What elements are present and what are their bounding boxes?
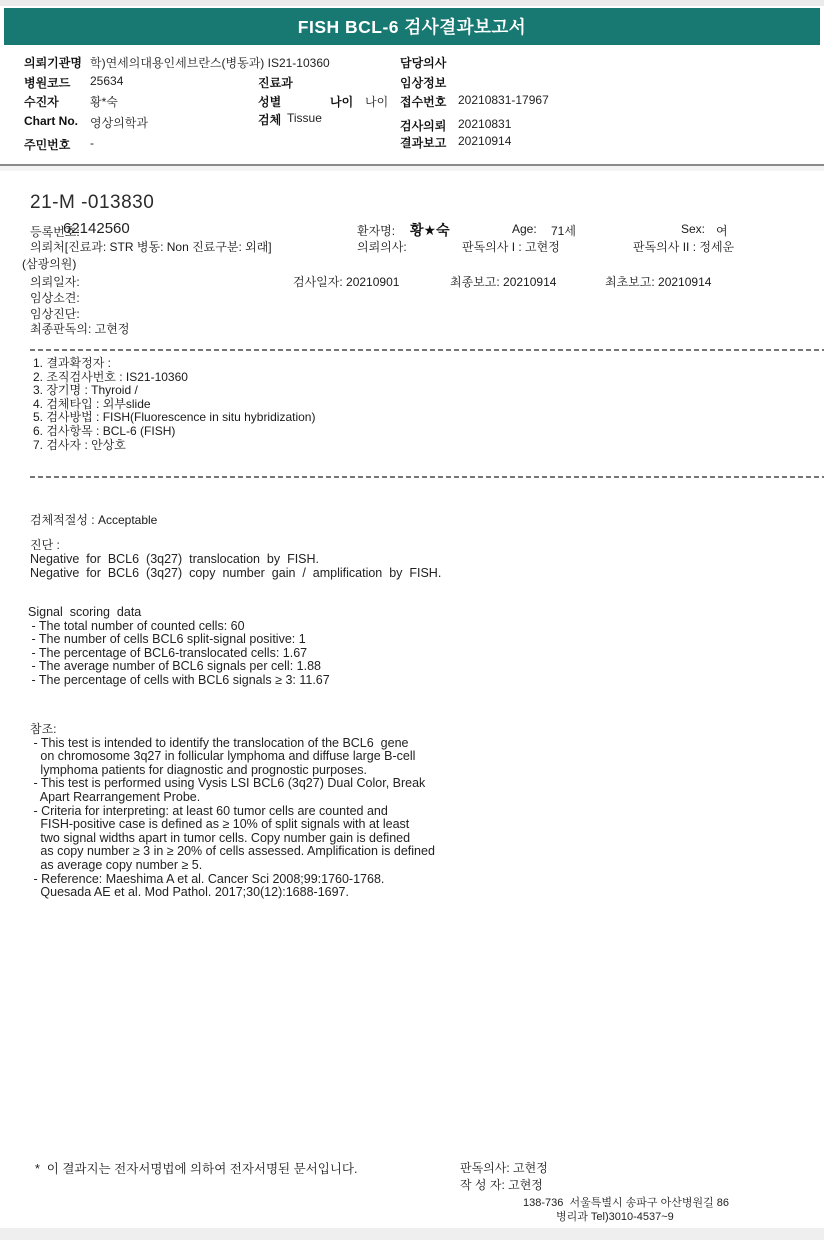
reference-title: 참조: bbox=[30, 723, 435, 737]
field-value-report-date: 20210914 bbox=[458, 134, 511, 148]
reference-line: Apart Rearrangement Probe. bbox=[30, 791, 435, 805]
footer-dept-tel: 병리과 Tel)3010-4537~9 bbox=[556, 1208, 674, 1224]
reference-line: as average copy number ≥ 5. bbox=[30, 859, 435, 873]
signal-scoring-line: - The number of cells BCL6 split-signal … bbox=[28, 633, 330, 647]
clinic-name: (삼광의원) bbox=[22, 255, 76, 272]
case-number: 21-M -013830 bbox=[30, 192, 154, 214]
list-item: 1. 결과확정자 : bbox=[33, 357, 315, 371]
diagnosis-line: Negative for BCL6 (3q27) copy number gai… bbox=[30, 566, 441, 580]
reference-line: - Criteria for interpreting: at least 60… bbox=[30, 805, 435, 819]
adequacy-line: 검체적절성 : Acceptable bbox=[30, 511, 157, 528]
field-label-sex: 성별 bbox=[258, 93, 281, 110]
signal-scoring-line: - The percentage of cells with BCL6 sign… bbox=[28, 674, 330, 688]
reader2: 판독의사 II : 정세운 bbox=[633, 238, 734, 255]
report-title-banner: FISH BCL-6 검사결과보고서 bbox=[4, 8, 820, 45]
diagnosis-line: Negative for BCL6 (3q27) translocation b… bbox=[30, 552, 441, 566]
patient-name-value: 황★숙 bbox=[410, 220, 450, 240]
final-report-date: 최종보고: 20210914 bbox=[450, 273, 556, 290]
reference-line: on chromosome 3q27 in follicular lymphom… bbox=[30, 750, 435, 764]
field-label-attending: 담당의사 bbox=[400, 54, 446, 71]
field-label-resident-no: 주민번호 bbox=[24, 136, 70, 153]
specimen-info-list: 1. 결과확정자 : 2. 조직검사번호 : IS21-10360 3. 장기명… bbox=[33, 357, 315, 452]
referrer-line: 의뢰처[진료과: STR 병동: Non 진료구분: 외래] bbox=[30, 238, 272, 255]
field-label-chart-no: Chart No. bbox=[24, 114, 78, 128]
field-label-dept: 진료과 bbox=[258, 74, 293, 91]
field-label-age: 나이 bbox=[330, 93, 353, 110]
field-label-org: 의뢰기관명 bbox=[24, 54, 82, 71]
footer-reader: 판독의사: 고현정 bbox=[460, 1159, 548, 1176]
reference-line: two signal widths apart in tumor cells. … bbox=[30, 832, 435, 846]
header-divider-shade bbox=[0, 166, 824, 171]
reference-line: - This test is performed using Vysis LSI… bbox=[30, 777, 435, 791]
field-value-hospital-code: 25634 bbox=[90, 74, 123, 88]
report-page: FISH BCL-6 검사결과보고서 의뢰기관명 학)연세의대용인세브란스(병동… bbox=[0, 0, 824, 1240]
report-title: FISH BCL-6 검사결과보고서 bbox=[298, 14, 526, 39]
field-label-report-date: 결과보고 bbox=[400, 134, 446, 151]
field-label-receipt-no: 접수번호 bbox=[400, 93, 446, 110]
reference-line: Quesada AE et al. Mod Pathol. 2017;30(12… bbox=[30, 886, 435, 900]
exam-date: 검사일자: 20210901 bbox=[293, 273, 399, 290]
diagnosis-block: 진단 : Negative for BCL6 (3q27) translocat… bbox=[30, 538, 441, 580]
list-item: 6. 검사항목 : BCL-6 (FISH) bbox=[33, 425, 315, 439]
reference-line: - This test is intended to identify the … bbox=[30, 737, 435, 751]
footer-writer: 작 성 자: 고현정 bbox=[460, 1176, 543, 1193]
field-label-hospital-code: 병원코드 bbox=[24, 74, 70, 91]
patient-name-label: 환자명: bbox=[357, 222, 395, 239]
reg-no-value: 62142560 bbox=[63, 220, 130, 237]
signal-scoring-title: Signal scoring data bbox=[28, 606, 330, 620]
field-label-clinical-info: 임상정보 bbox=[400, 74, 446, 91]
field-value-request-date: 20210831 bbox=[458, 117, 511, 131]
clinical-opinion-label: 임상소견: bbox=[30, 289, 80, 306]
request-doctor: 의뢰의사: bbox=[357, 238, 407, 255]
field-value-patient: 황*숙 bbox=[90, 93, 118, 110]
age-value: 71세 bbox=[551, 222, 576, 239]
list-item: 5. 검사방법 : FISH(Fluorescence in situ hybr… bbox=[33, 411, 315, 425]
reference-line: - Reference: Maeshima A et al. Cancer Sc… bbox=[30, 873, 435, 887]
field-label-patient: 수진자 bbox=[24, 93, 59, 110]
bottom-strip bbox=[0, 1228, 824, 1240]
field-label-request-date: 검사의뢰 bbox=[400, 117, 446, 134]
reference-block: 참조: - This test is intended to identify … bbox=[30, 723, 435, 900]
reader1: 판독의사 I : 고현정 bbox=[462, 238, 560, 255]
diagnosis-title: 진단 : bbox=[30, 538, 441, 552]
age-label: Age: bbox=[512, 222, 537, 236]
signal-scoring-line: - The percentage of BCL6-translocated ce… bbox=[28, 647, 330, 661]
first-report-date: 최초보고: 20210914 bbox=[605, 273, 711, 290]
reference-line: FISH-positive case is defined as ≥ 10% o… bbox=[30, 818, 435, 832]
reference-line: lymphoma patients for diagnostic and pro… bbox=[30, 764, 435, 778]
sex-label: Sex: bbox=[681, 222, 705, 236]
list-item: 7. 검사자 : 안상호 bbox=[33, 439, 315, 453]
field-label-specimen: 검체 bbox=[258, 111, 281, 128]
final-reader: 최종판독의: 고현정 bbox=[30, 320, 129, 337]
dashed-divider-2 bbox=[30, 476, 824, 478]
esignature-note: * 이 결과지는 전자서명법에 의하여 전자서명된 문서입니다. bbox=[35, 1159, 357, 1177]
field-value-specimen: Tissue bbox=[287, 111, 322, 125]
top-strip bbox=[0, 0, 824, 6]
reference-line: as copy number ≥ 3 in ≥ 20% of cells ass… bbox=[30, 845, 435, 859]
sex-value: 여 bbox=[716, 222, 728, 239]
dashed-divider-1 bbox=[30, 349, 824, 351]
signal-scoring-line: - The average number of BCL6 signals per… bbox=[28, 660, 330, 674]
field-value-resident-no: - bbox=[90, 136, 94, 150]
request-date-label: 의뢰일자: bbox=[30, 273, 80, 290]
field-value-org: 학)연세의대용인세브란스(병동과) IS21-10360 bbox=[90, 54, 330, 71]
field-value-age: 나이 bbox=[365, 93, 388, 110]
field-value-chart-no: 영상의학과 bbox=[90, 114, 148, 131]
list-item: 3. 장기명 : Thyroid / bbox=[33, 384, 315, 398]
signal-scoring-block: Signal scoring data - The total number o… bbox=[28, 606, 330, 688]
signal-scoring-line: - The total number of counted cells: 60 bbox=[28, 620, 330, 634]
field-value-receipt-no: 20210831-17967 bbox=[458, 93, 549, 107]
